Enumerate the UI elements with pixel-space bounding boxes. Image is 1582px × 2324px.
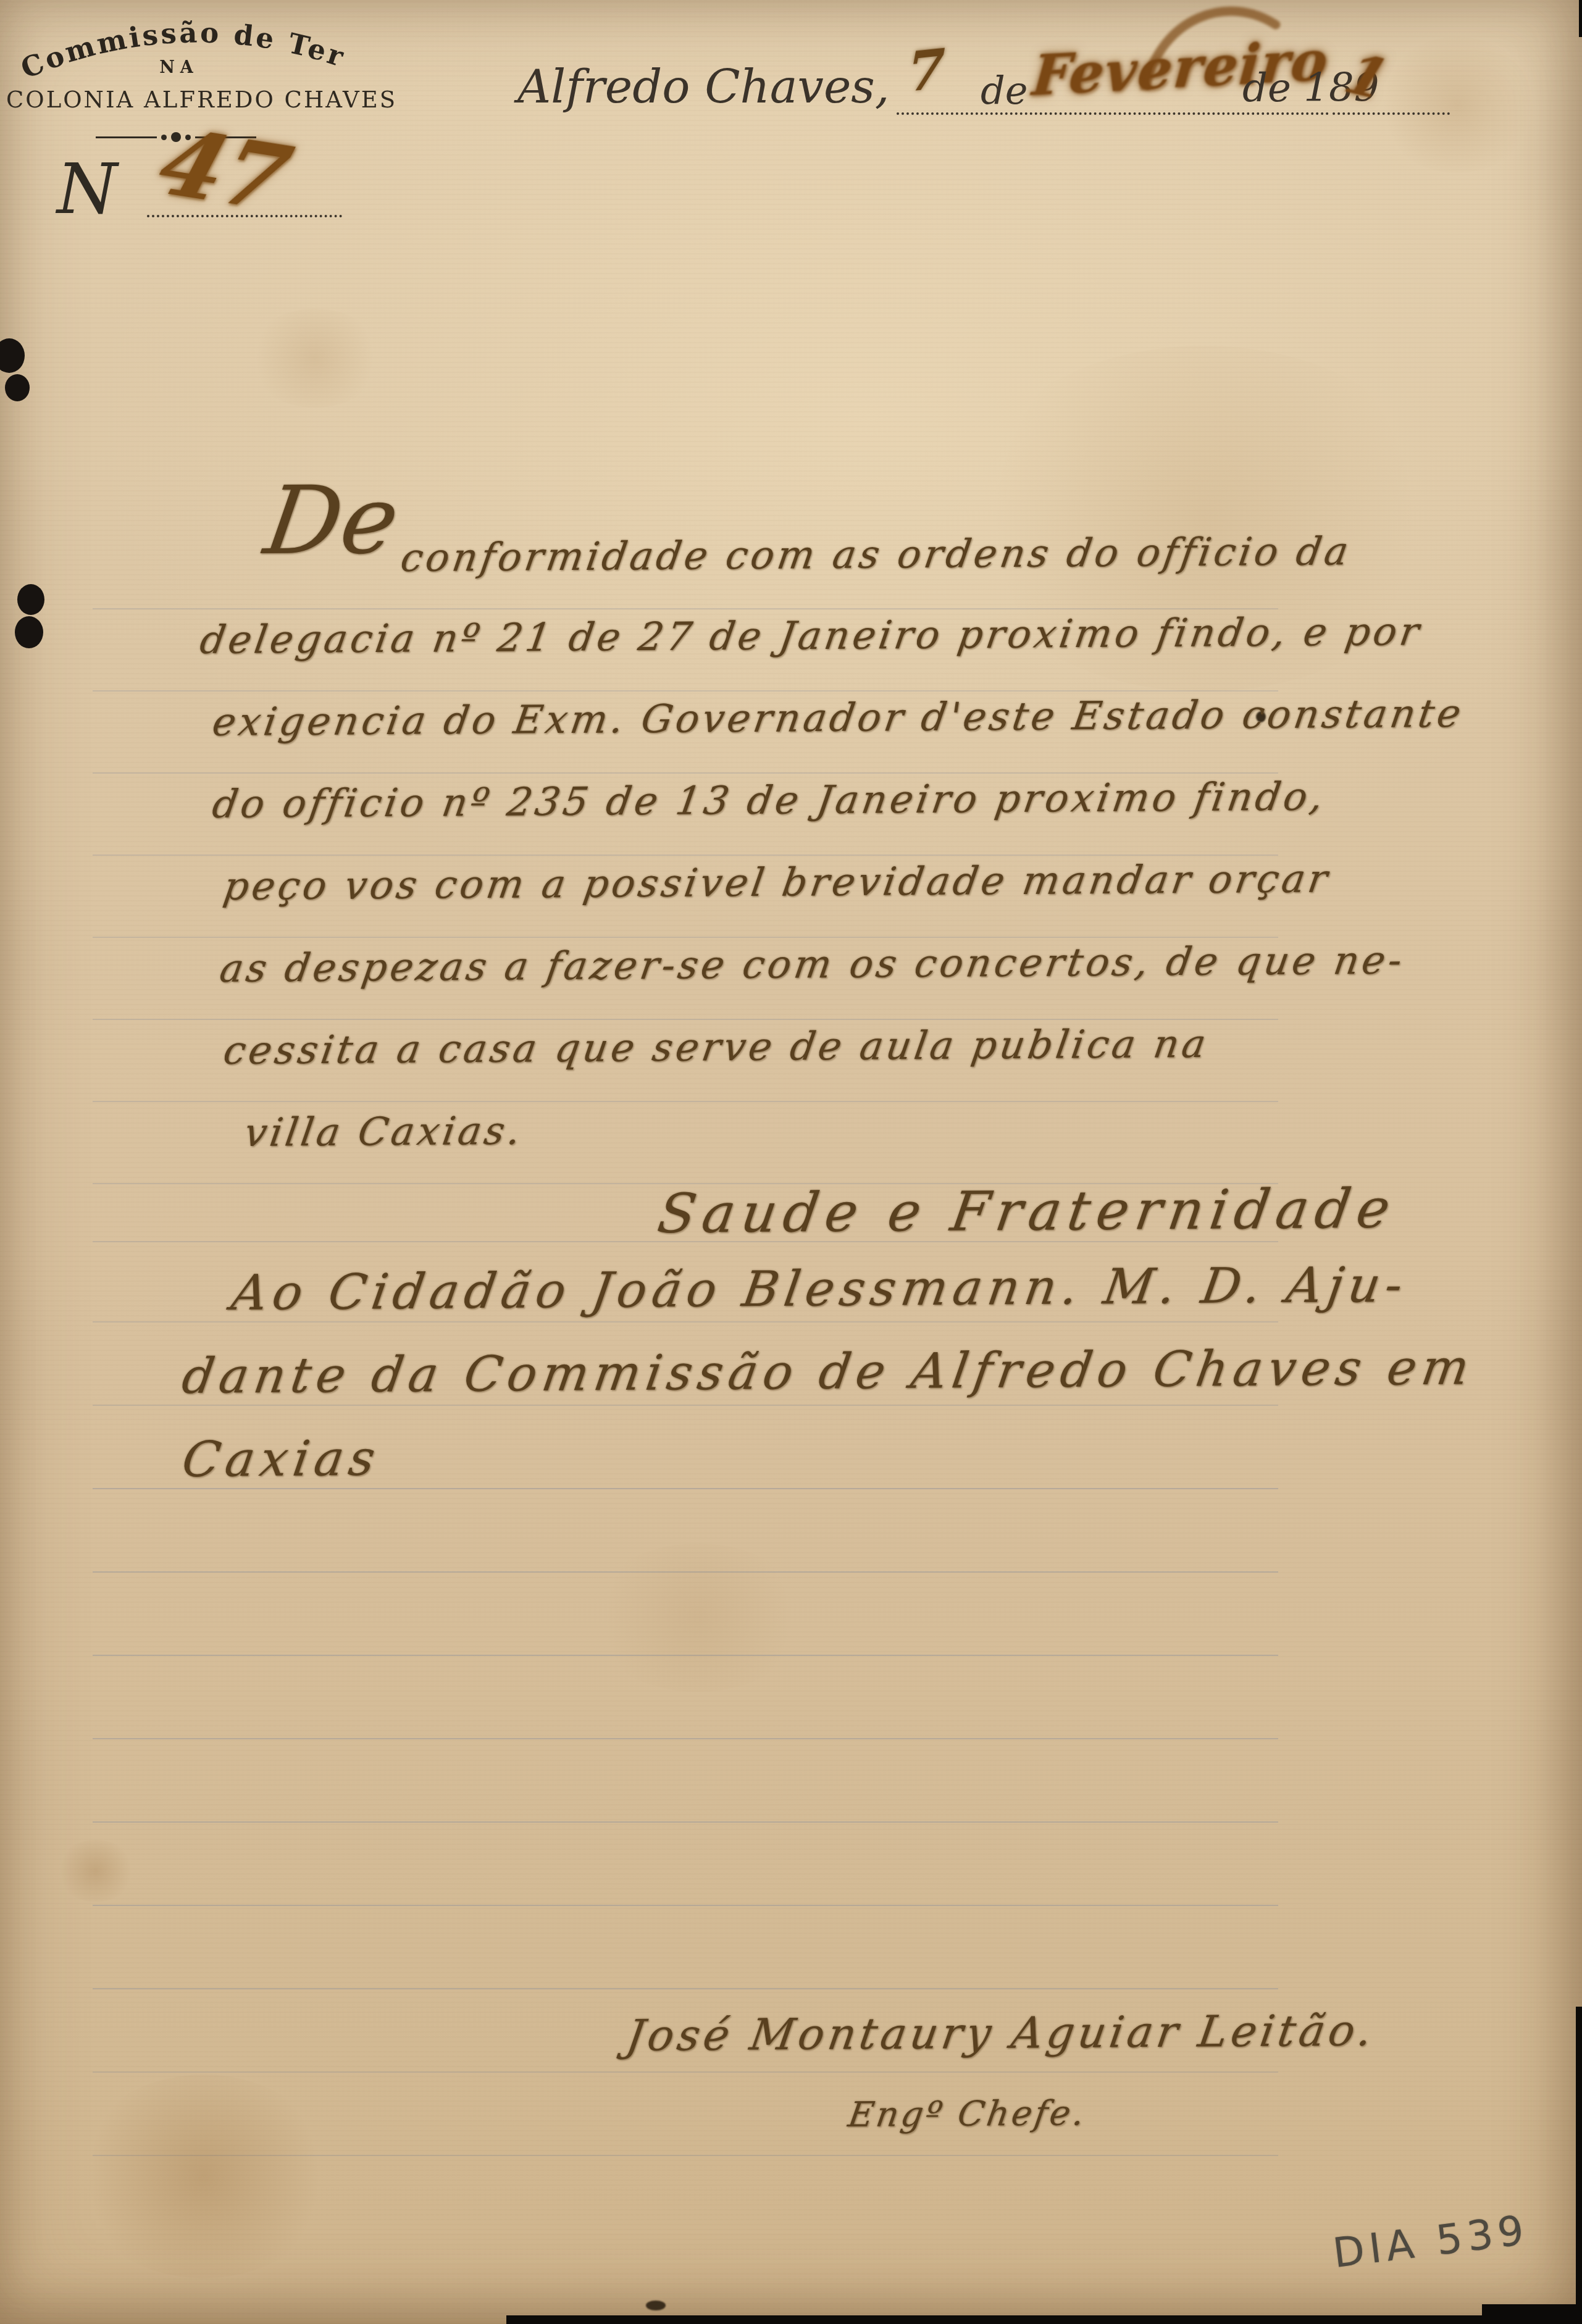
body-line: conformidade com as ordens do officio da — [398, 532, 1354, 577]
ruled-line — [93, 1488, 1278, 1489]
scan-edge — [506, 2315, 1582, 2324]
stain — [56, 1840, 136, 1902]
document-number-prefix: N — [57, 149, 117, 230]
document-number-dotted-line — [147, 215, 342, 217]
date-year-digit-handwritten: 1 — [1337, 41, 1397, 112]
scan-edge — [1579, 0, 1582, 37]
ruled-line — [93, 1019, 1278, 1020]
body-line: cessita a casa que serve de aula publica… — [221, 1024, 1212, 1070]
ruled-line — [93, 1321, 1278, 1323]
opening-capital: De — [259, 474, 404, 568]
punch-hole — [15, 616, 43, 648]
ink-spot — [646, 2301, 666, 2310]
body-line: do officio nº 235 de 13 de Janeiro proxi… — [210, 777, 1329, 824]
addressee-line: Ao Cidadão João Blessmann. M. D. Aju- — [228, 1261, 1412, 1318]
addressee-line: dante da Commissão de Alfredo Chaves em — [179, 1343, 1478, 1401]
ruled-line — [93, 1571, 1278, 1573]
addressee-line: Caxias — [179, 1434, 383, 1484]
ruled-line — [93, 855, 1278, 856]
punch-hole — [17, 584, 44, 615]
stain — [74, 2075, 333, 2278]
divider-dot — [161, 135, 167, 140]
document-number-handwritten: 47 — [147, 111, 302, 232]
archive-reference-note: DIA 539 — [1330, 2206, 1531, 2277]
ink-flourish — [1136, 0, 1284, 90]
date-day-handwritten: 7 — [908, 36, 945, 105]
ruled-line — [93, 1101, 1278, 1102]
body-line: villa Caxias. — [242, 1111, 526, 1152]
ruled-line — [93, 690, 1278, 692]
date-dotted-line — [1333, 112, 1450, 115]
ruled-line — [93, 2071, 1278, 2073]
stain — [587, 1544, 809, 1692]
body-line: exigencia do Exm. Governador d'este Esta… — [210, 694, 1467, 742]
signature-title: Engº Chefe. — [846, 2096, 1089, 2133]
letterhead-na: NA — [25, 58, 333, 77]
ruled-line — [93, 937, 1278, 938]
date-dotted-line — [897, 112, 1329, 115]
signature-name: José Montaury Aguiar Leitão. — [624, 2009, 1378, 2057]
stain — [1377, 37, 1538, 173]
date-place: Alfredo Chaves, — [517, 59, 890, 114]
punch-hole — [0, 338, 25, 373]
ruled-line — [93, 608, 1278, 609]
body-line: delegacia nº 21 de 27 de Janeiro proximo… — [198, 612, 1425, 659]
scan-edge — [1576, 2007, 1582, 2324]
ruled-line — [93, 2155, 1278, 2156]
letterhead-colony-name: COLONIA ALFREDO CHAVES — [6, 86, 352, 113]
letter-page: Commissão de Terras NA COLONIA ALFREDO C… — [0, 0, 1582, 2324]
ruled-line — [93, 1738, 1278, 1739]
scan-edge — [1482, 2304, 1582, 2324]
date-de: de — [981, 68, 1027, 113]
ruled-line — [93, 1821, 1278, 1823]
ruled-line — [93, 772, 1278, 774]
ruled-line — [93, 1988, 1278, 1989]
body-line: as despezas a fazer-se com os concertos,… — [217, 941, 1408, 988]
ruled-line — [93, 1905, 1278, 1906]
body-line: peço vos com a possivel brevidade mandar… — [221, 859, 1333, 906]
ruled-line — [93, 1405, 1278, 1406]
stain — [247, 309, 383, 408]
ruled-line — [93, 1655, 1278, 1656]
punch-hole — [5, 374, 30, 401]
divider-bar — [96, 136, 157, 138]
salutation-line: Saude e Fraternidade — [655, 1182, 1400, 1241]
